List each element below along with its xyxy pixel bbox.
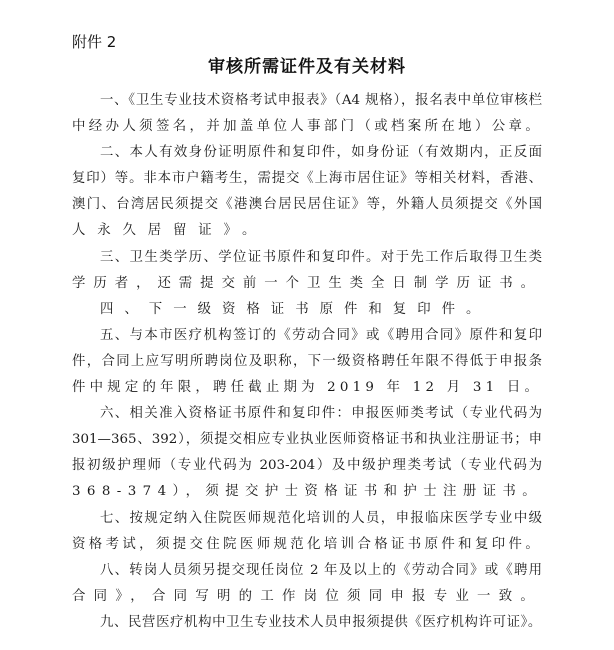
paragraph-2-line-3: 澳门、台湾居民须提交《港澳台居民居住证》等，外籍人员须提交《外国: [72, 192, 542, 218]
paragraph-8-line-1: 八、转岗人员须另提交现任岗位 2 年及以上的《劳动合同》或《聘用: [72, 558, 542, 584]
paragraph-2-line-1: 二、本人有效身份证明原件和复印件，如身份证（有效期内，正反面: [72, 140, 542, 166]
paragraph-1-line-1: 一、《卫生专业技术资格考试申报表》（A4 规格），报名表中单位审核栏: [72, 88, 542, 114]
paragraph-8-line-2: 合同》，合同写明的工作岗位须同申报专业一致。: [72, 584, 542, 610]
paragraph-4-line-1: 四、下一级资格证书原件和复印件。: [72, 297, 542, 323]
paragraph-7-line-1: 七、按规定纳入住院医师规范化培训的人员，申报临床医学专业中级: [72, 506, 542, 532]
paragraph-6-line-2: 301—365、392），须提交相应专业执业医师资格证书和执业注册证书；申: [72, 427, 542, 453]
paragraph-2-line-2: 复印）等。非本市户籍考生，需提交《上海市居住证》等相关材料，香港、: [72, 166, 542, 192]
paragraph-7-line-2: 资格考试，须提交住院医师规范化培训合格证书原件和复印件。: [72, 532, 542, 558]
paragraph-5-line-1: 五、与本市医疗机构签订的《劳动合同》或《聘用合同》原件和复印: [72, 323, 542, 349]
paragraph-6-line-4: 368-374），须提交护士资格证书和护士注册证书。: [72, 479, 542, 505]
paragraph-5-line-3: 件中规定的年限，聘任截止期为 2019 年 12 月 31 日。: [72, 375, 542, 401]
paragraph-3-line-1: 三、卫生类学历、学位证书原件和复印件。对于先工作后取得卫生类: [72, 245, 542, 271]
paragraph-5-line-2: 件，合同上应写明所聘岗位及职称，下一级资格聘任年限不得低于申报条: [72, 349, 542, 375]
document-title: 审核所需证件及有关材料: [0, 52, 614, 77]
attachment-label: 附件 2: [72, 31, 116, 52]
paragraph-6-line-3: 报初级护理师（专业代码为 203-204）及中级护理类考试（专业代码为: [72, 453, 542, 479]
document-body: 一、《卫生专业技术资格考试申报表》（A4 规格），报名表中单位审核栏 中经办人须…: [72, 88, 542, 636]
paragraph-3-line-2: 学历者，还需提交前一个卫生类全日制学历证书。: [72, 271, 542, 297]
paragraph-9-line-1: 九、民营医疗机构中卫生专业技术人员申报须提供《医疗机构许可证》。: [72, 610, 542, 636]
paragraph-2-line-4: 人永久居留证》。: [72, 218, 542, 244]
paragraph-1-line-2: 中经办人须签名，并加盖单位人事部门（或档案所在地）公章。: [72, 114, 542, 140]
document-page: 附件 2 审核所需证件及有关材料 一、《卫生专业技术资格考试申报表》（A4 规格…: [0, 0, 614, 650]
paragraph-6-line-1: 六、相关准入资格证书原件和复印件：申报医师类考试（专业代码为: [72, 401, 542, 427]
